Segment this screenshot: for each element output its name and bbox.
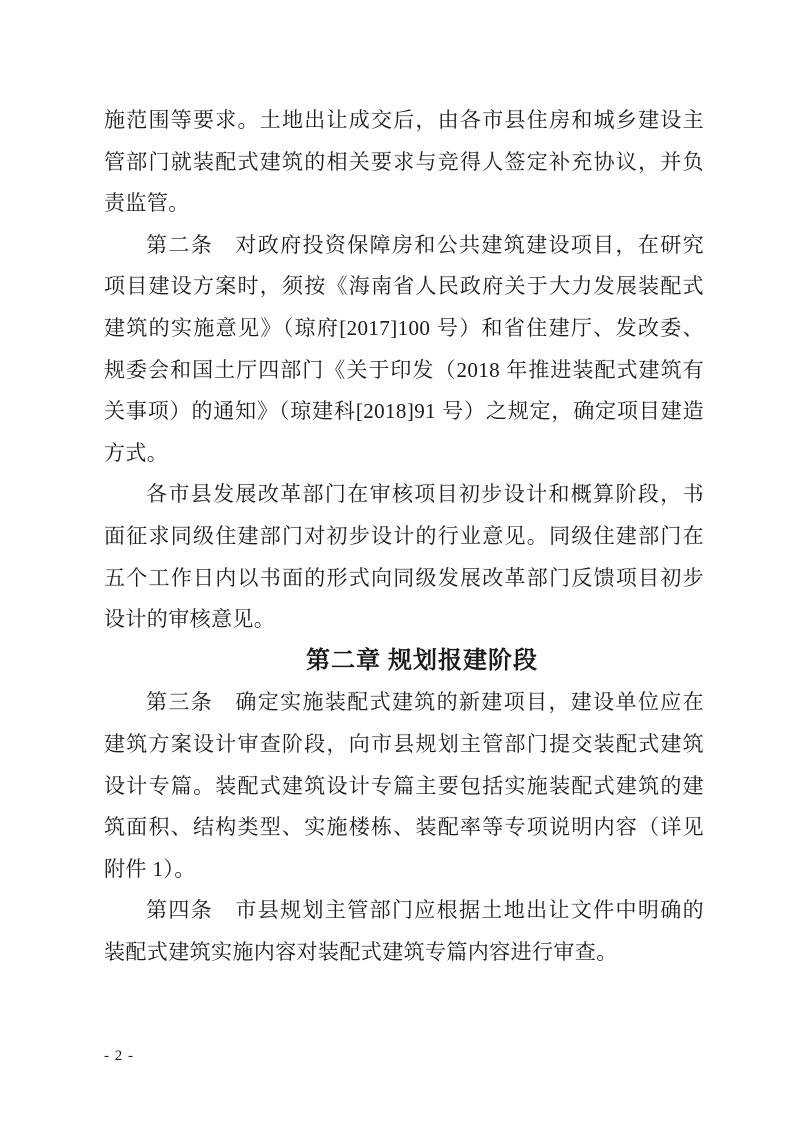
text-line: 建筑的实施意见》（琼府[2017]100 号）和省住建厅、发改委、	[104, 308, 704, 350]
text-line: 附件 1）。	[104, 849, 704, 891]
text-line: 装配式建筑实施内容对装配式建筑专篇内容进行审查。	[104, 932, 704, 974]
text-line-article-2: 第二条 对政府投资保障房和公共建筑建设项目，在研究	[104, 225, 704, 267]
text-line: 责监管。	[104, 183, 704, 225]
text-line-article-4: 第四条 市县规划主管部门应根据土地出让文件中明确的	[104, 890, 704, 932]
page-number: - 2 -	[104, 1045, 134, 1067]
text-line: 各市县发展改革部门在审核项目初步设计和概算阶段，书	[104, 474, 704, 516]
text-line: 建筑方案设计审查阶段，向市县规划主管部门提交装配式建筑	[104, 724, 704, 766]
document-page: 施范围等要求。土地出让成交后，由各市县住房和城乡建设主 管部门就装配式建筑的相关…	[0, 0, 800, 1131]
text-line: 关事项）的通知》（琼建科[2018]91 号）之规定，确定项目建造	[104, 391, 704, 433]
text-line: 项目建设方案时，须按《海南省人民政府关于大力发展装配式	[104, 266, 704, 308]
text-line-article-3: 第三条 确定实施装配式建筑的新建项目，建设单位应在	[104, 682, 704, 724]
text-line: 设计专篇。装配式建筑设计专篇主要包括实施装配式建筑的建	[104, 766, 704, 808]
text-line: 设计的审核意见。	[104, 599, 704, 641]
text-line: 五个工作日内以书面的形式向同级发展改革部门反馈项目初步	[104, 558, 704, 600]
chapter-heading: 第二章 规划报建阶段	[122, 641, 722, 683]
text-line: 面征求同级住建部门对初步设计的行业意见。同级住建部门在	[104, 516, 704, 558]
text-line: 规委会和国土厅四部门《关于印发（2018 年推进装配式建筑有	[104, 350, 704, 392]
text-line: 筑面积、结构类型、实施楼栋、装配率等专项说明内容（详见	[104, 807, 704, 849]
text-line: 方式。	[104, 433, 704, 475]
document-body: 施范围等要求。土地出让成交后，由各市县住房和城乡建设主 管部门就装配式建筑的相关…	[104, 100, 704, 973]
text-line: 施范围等要求。土地出让成交后，由各市县住房和城乡建设主	[104, 100, 704, 142]
text-line: 管部门就装配式建筑的相关要求与竞得人签定补充协议，并负	[104, 142, 704, 184]
